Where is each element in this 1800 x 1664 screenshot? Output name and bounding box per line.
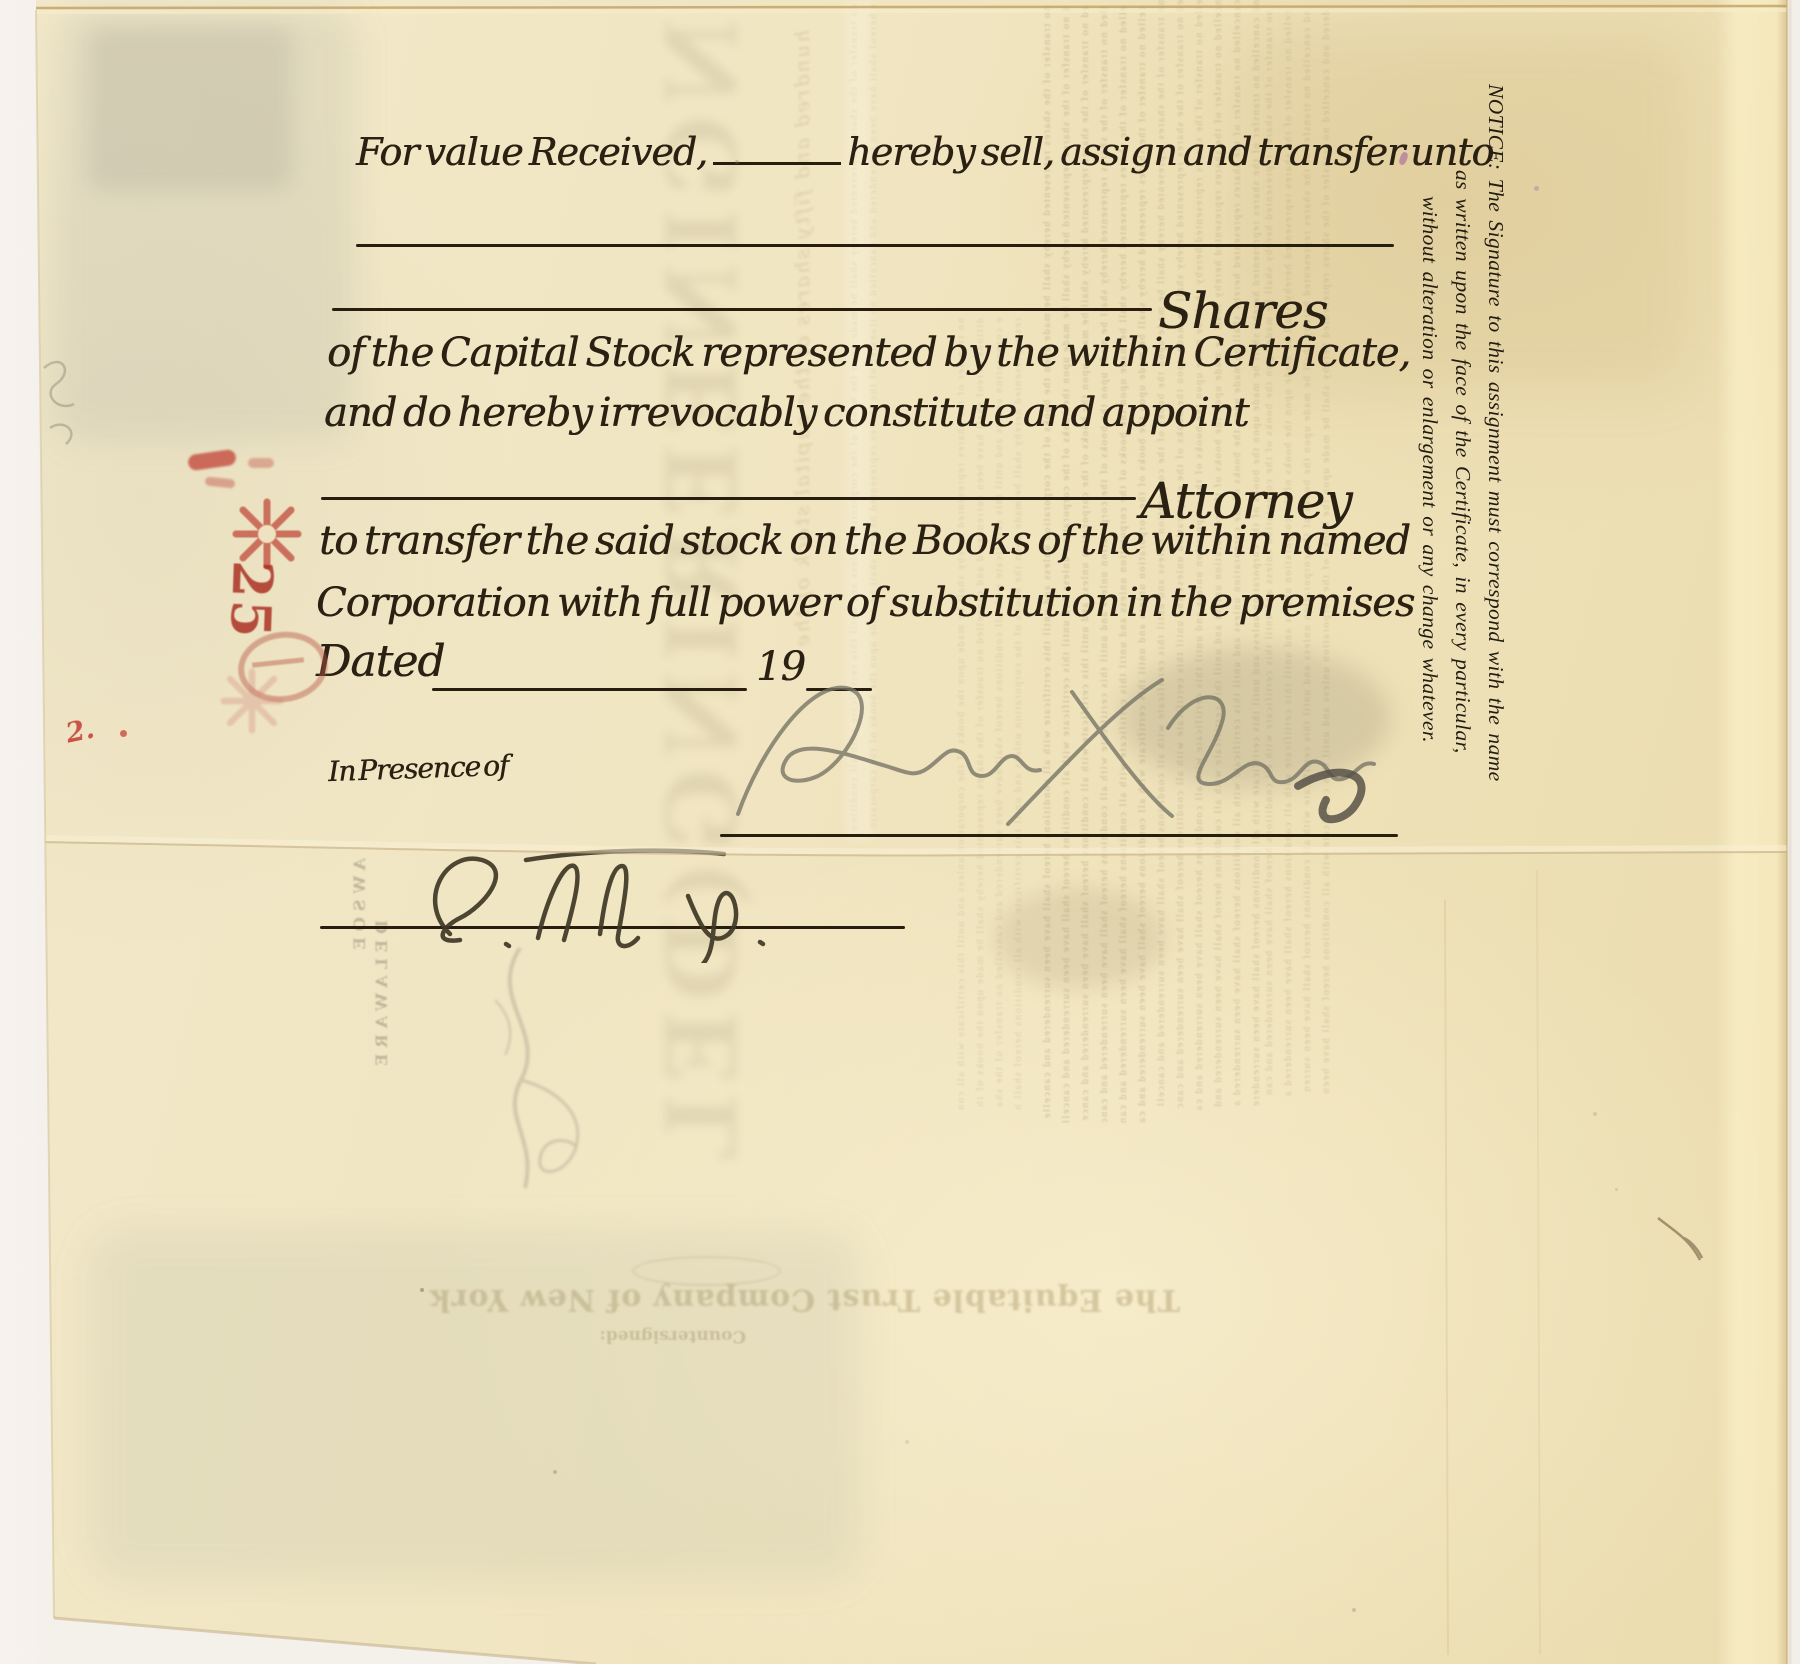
body-line3: to transfer the said stock on the Books … [319, 518, 1410, 564]
principal-signature-emil-schwarz [700, 664, 1410, 849]
bleed-through-title-letters: NGINEERING(DEL [628, 18, 778, 1253]
bleed-through-fine-print: no transfer of the shares represented he… [952, 318, 1032, 1113]
brown-stain [995, 888, 1165, 988]
stamp-smudge [205, 476, 236, 488]
stamp-asterisk-icon [228, 498, 306, 570]
vertical-fold-highlight [846, 0, 872, 840]
bleed-through-flourish-oval [632, 1256, 781, 1286]
attorney-label: Attorney [1140, 472, 1351, 530]
dated-label: Dated [316, 636, 444, 687]
witness-signature-line [320, 926, 905, 929]
brown-speck [735, 160, 739, 164]
stamp-smudge [248, 458, 274, 468]
handwritten-red-mark: 2. [63, 713, 97, 749]
teal-speck [1593, 1112, 1597, 1116]
red-dot [120, 730, 127, 737]
body-line2: and do hereby irrevocably constitute and… [324, 390, 1248, 436]
body-line4: Corporation with full power of substitut… [316, 580, 1414, 626]
stamp-oval-bar [252, 657, 304, 667]
presence-label: In Presence of [327, 749, 508, 788]
brown-speck [553, 1470, 557, 1474]
notice-line-1: NOTICE: The Signature to this assignment… [1479, 84, 1512, 932]
stamp-value: 25 [218, 559, 285, 640]
scanned-stock-certificate-back: { "page": { "description": "Reverse (ass… [0, 0, 1800, 1664]
shares-line [332, 308, 1152, 311]
bleed-through-script-column: hundred and fifty shares of the capital … [782, 30, 824, 720]
teal-speck [1615, 1188, 1618, 1191]
smudge-stain [1120, 648, 1390, 788]
attorney-line [321, 497, 1136, 500]
right-edge-bright-band [1716, 0, 1787, 1664]
bleed-through-fine-print: no transfer of the shares represented he… [845, 4, 883, 834]
paper-edge-shadows [0, 0, 1800, 1664]
bleed-through-countersigned-label: Countersigned: [596, 1326, 746, 1346]
scan-area: NGINEERING(DEL hundred and fifty shares … [0, 0, 1800, 1664]
assignee-blank [713, 160, 841, 165]
bleed-through-caps-fragment: DELAWARE [372, 920, 394, 1180]
dated-year-blank-line [806, 688, 872, 691]
bleed-through-trust-company-line: The Equitable Trust Company of New York [550, 1282, 1180, 1317]
stamp-smudge [187, 449, 237, 472]
bleed-through-fine-print: no transfer of the shares represented he… [1038, 6, 1148, 1126]
gray-veil [90, 1230, 860, 1580]
paper-creases [0, 0, 1800, 1664]
line1-prefix: For value Received, [356, 130, 707, 174]
stamp-oval-icon [234, 626, 333, 708]
shares-label: Shares [1158, 282, 1327, 340]
purple-speck [1398, 151, 1409, 166]
dated-century: 19 [756, 644, 805, 690]
certificate-paper: NGINEERING(DEL hundred and fifty shares … [0, 0, 1800, 1664]
tan-shade [1240, 30, 1690, 390]
body-line1: of the Capital Stock represented by the … [327, 330, 1410, 376]
stamp-asterisk-icon [210, 668, 294, 734]
principal-signature-line [720, 834, 1398, 837]
gray-veil [55, 10, 355, 440]
line1-suffix: hereby sell, assign and transfer unto [847, 130, 1493, 174]
notice-line-3: without alteration or enlargement or any… [1413, 84, 1446, 932]
teal-speck [905, 1440, 909, 1444]
brown-speck [420, 1288, 424, 1292]
assignee-name-line [356, 244, 1394, 247]
bleed-through-vignette-sketch [425, 940, 635, 1205]
bleed-through-fine-print: no transfer of the shares represented he… [1260, 10, 1336, 1100]
bleed-through-caps-fragment: AWSOE [350, 858, 372, 1058]
assignment-line1: For value Received,hereby sell, assign a… [356, 130, 1493, 174]
bleed-through-fine-print: no transfer of the shares represented he… [1152, 0, 1262, 1112]
witness-signature [388, 838, 828, 963]
purple-speck [1534, 186, 1539, 191]
dated-blank-line [432, 688, 747, 691]
gray-veil [88, 26, 293, 191]
notice-line-2: as written upon the face of the Certific… [1446, 84, 1479, 932]
notice-block: NOTICE: The Signature to this assignment… [1408, 84, 1512, 932]
brown-speck [1352, 1608, 1356, 1612]
